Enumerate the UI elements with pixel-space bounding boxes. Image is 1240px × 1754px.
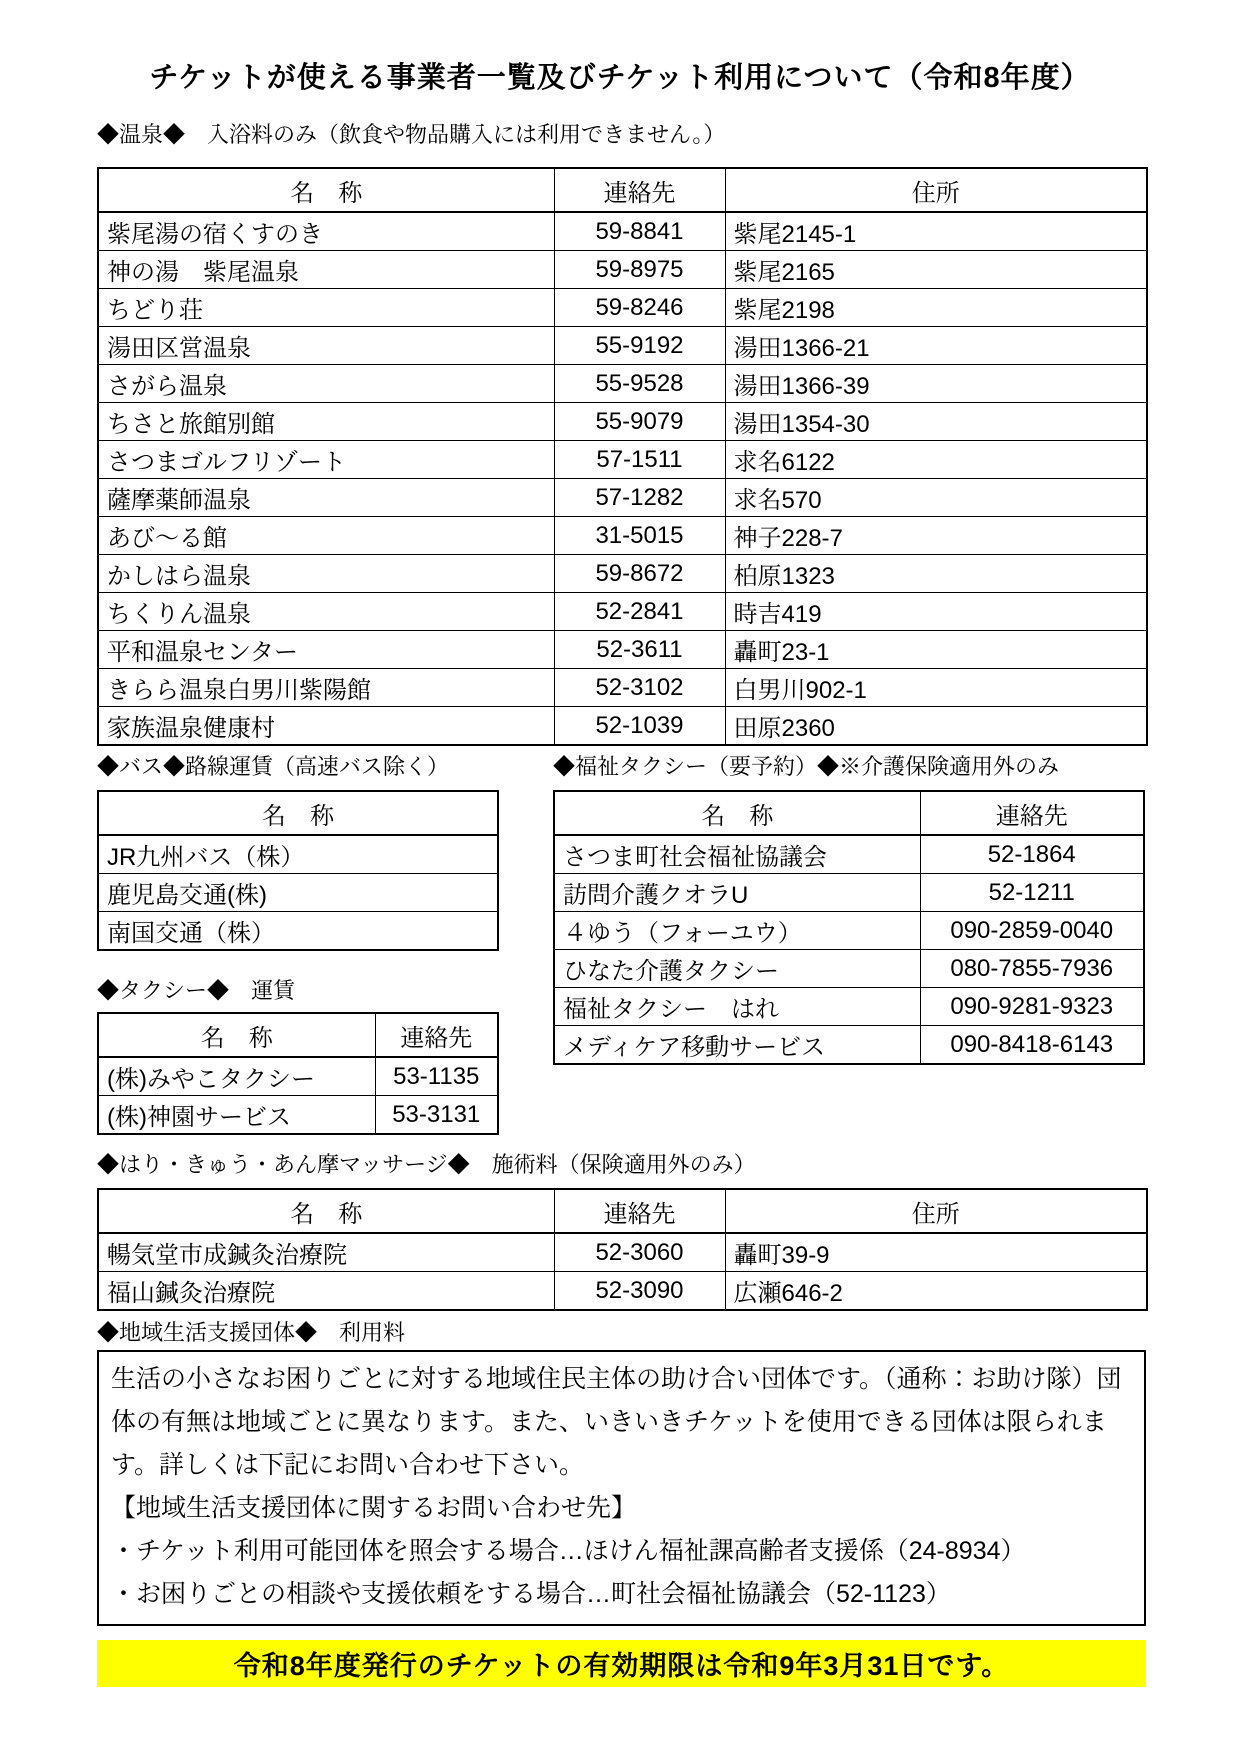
- business-name-cell: 福祉タクシー はれ: [554, 988, 920, 1026]
- address-cell: 湯田1354-30: [725, 403, 1147, 441]
- table-header-row: 名 称: [98, 791, 498, 835]
- contact-cell: 59-8246: [554, 289, 725, 327]
- taxi-table: 名 称 連絡先 (株)みやこタクシー 53-1135 (株)神園サービス 53-…: [97, 1012, 499, 1135]
- table-row: 紫尾湯の宿くすのき 59-8841 紫尾2145-1: [98, 212, 1147, 251]
- section-heading-bus: ◆バス◆路線運賃（高速バス除く）: [97, 750, 449, 781]
- table-row: ４ゆう（フォーユウ） 090-2859-0040: [554, 912, 1144, 950]
- table-row: JR九州バス（株）: [98, 835, 498, 874]
- contact-cell: 53-1135: [375, 1057, 498, 1096]
- business-name-cell: ４ゆう（フォーユウ）: [554, 912, 920, 950]
- business-name-cell: ちさと旅館別館: [98, 403, 554, 441]
- contact-cell: 55-9528: [554, 365, 725, 403]
- section-heading-welfare-taxi: ◆福祉タクシー（要予約）◆※介護保険適用外のみ: [553, 750, 1059, 781]
- table-row: 鹿児島交通(株): [98, 874, 498, 912]
- address-cell: 轟町39-9: [725, 1233, 1147, 1272]
- address-cell: 広瀬646-2: [725, 1272, 1147, 1311]
- contact-cell: 59-8672: [554, 555, 725, 593]
- business-name-cell: さがら温泉: [98, 365, 554, 403]
- table-row: さつま町社会福祉協議会 52-1864: [554, 835, 1144, 874]
- business-name-cell: さつま町社会福祉協議会: [554, 835, 920, 874]
- support-group-info-box: 生活の小さなお困りごとに対する地域住民主体の助け合い団体です。（通称：お助け隊）…: [97, 1350, 1146, 1626]
- contact-cell: 59-8841: [554, 212, 725, 251]
- contact-cell: 57-1282: [554, 479, 725, 517]
- business-name-cell: 湯田区営温泉: [98, 327, 554, 365]
- business-name-cell: メディケア移動サービス: [554, 1026, 920, 1065]
- contact-cell: 52-2841: [554, 593, 725, 631]
- address-cell: 田原2360: [725, 707, 1147, 746]
- business-name-cell: ちどり荘: [98, 289, 554, 327]
- address-cell: 柏原1323: [725, 555, 1147, 593]
- contact-cell: 090-2859-0040: [920, 912, 1144, 950]
- contact-cell: 53-3131: [375, 1096, 498, 1135]
- table-row: 暢気堂市成鍼灸治療院 52-3060 轟町39-9: [98, 1233, 1147, 1272]
- contact-cell: 57-1511: [554, 441, 725, 479]
- business-name-cell: 南国交通（株）: [98, 912, 498, 951]
- address-column-header: 住所: [725, 168, 1147, 212]
- page-title: チケットが使える事業者一覧及びチケット利用について（令和8年度）: [0, 55, 1240, 96]
- business-name-cell: かしはら温泉: [98, 555, 554, 593]
- address-cell: 時吉419: [725, 593, 1147, 631]
- section-heading-support-group: ◆地域生活支援団体◆ 利用料: [97, 1316, 405, 1347]
- address-cell: 轟町23-1: [725, 631, 1147, 669]
- address-cell: 求名6122: [725, 441, 1147, 479]
- table-row: さがら温泉 55-9528 湯田1366-39: [98, 365, 1147, 403]
- address-cell: 湯田1366-21: [725, 327, 1147, 365]
- table-row: 湯田区営温泉 55-9192 湯田1366-21: [98, 327, 1147, 365]
- business-name-cell: きらら温泉白男川紫陽館: [98, 669, 554, 707]
- contact-cell: 31-5015: [554, 517, 725, 555]
- business-name-cell: あび～る館: [98, 517, 554, 555]
- table-row: 福山鍼灸治療院 52-3090 広瀬646-2: [98, 1272, 1147, 1311]
- table-header-row: 名 称 連絡先: [554, 791, 1144, 835]
- table-row: ちどり荘 59-8246 紫尾2198: [98, 289, 1147, 327]
- address-cell: 紫尾2165: [725, 251, 1147, 289]
- contact-column-header: 連絡先: [375, 1013, 498, 1057]
- document-page: チケットが使える事業者一覧及びチケット利用について（令和8年度） ◆温泉◆ 入浴…: [0, 0, 1240, 1754]
- business-name-cell: ひなた介護タクシー: [554, 950, 920, 988]
- business-name-cell: JR九州バス（株）: [98, 835, 498, 874]
- validity-banner-text: 令和8年度発行のチケットの有効期限は令和9年3月31日です。: [234, 1644, 1010, 1683]
- table-row: (株)みやこタクシー 53-1135: [98, 1057, 498, 1096]
- contact-cell: 52-3102: [554, 669, 725, 707]
- table-row: あび～る館 31-5015 神子228-7: [98, 517, 1147, 555]
- contact-cell: 52-3060: [554, 1233, 725, 1272]
- contact-cell: 090-8418-6143: [920, 1026, 1144, 1065]
- business-name-cell: 訪問介護クオラU: [554, 874, 920, 912]
- welfare-taxi-table: 名 称 連絡先 さつま町社会福祉協議会 52-1864 訪問介護クオラU 52-…: [553, 790, 1145, 1065]
- name-column-header: 名 称: [98, 1189, 554, 1233]
- contact-column-header: 連絡先: [554, 168, 725, 212]
- section-heading-onsen: ◆温泉◆ 入浴料のみ（飲食や物品購入には利用できません。）: [97, 118, 725, 149]
- bus-table: 名 称 JR九州バス（株） 鹿児島交通(株) 南国交通（株）: [97, 790, 499, 951]
- table-header-row: 名 称 連絡先 住所: [98, 1189, 1147, 1233]
- address-cell: 紫尾2145-1: [725, 212, 1147, 251]
- address-cell: 紫尾2198: [725, 289, 1147, 327]
- table-row: (株)神園サービス 53-3131: [98, 1096, 498, 1135]
- business-name-cell: 暢気堂市成鍼灸治療院: [98, 1233, 554, 1272]
- business-name-cell: 家族温泉健康村: [98, 707, 554, 746]
- contact-cell: 52-3090: [554, 1272, 725, 1311]
- table-header-row: 名 称 連絡先 住所: [98, 168, 1147, 212]
- contact-cell: 55-9192: [554, 327, 725, 365]
- table-row: さつまゴルフリゾート 57-1511 求名6122: [98, 441, 1147, 479]
- massage-table: 名 称 連絡先 住所 暢気堂市成鍼灸治療院 52-3060 轟町39-9 福山鍼…: [97, 1188, 1148, 1311]
- contact-column-header: 連絡先: [920, 791, 1144, 835]
- table-row: 訪問介護クオラU 52-1211: [554, 874, 1144, 912]
- table-row: ちさと旅館別館 55-9079 湯田1354-30: [98, 403, 1147, 441]
- contact-cell: 52-3611: [554, 631, 725, 669]
- table-header-row: 名 称 連絡先: [98, 1013, 498, 1057]
- table-row: ちくりん温泉 52-2841 時吉419: [98, 593, 1147, 631]
- address-cell: 求名570: [725, 479, 1147, 517]
- support-group-contact-line: ・お困りごとの相談や支援依頼をする場合…町社会福祉協議会（52-1123）: [111, 1573, 1132, 1616]
- address-cell: 白男川902-1: [725, 669, 1147, 707]
- business-name-cell: 紫尾湯の宿くすのき: [98, 212, 554, 251]
- support-group-contact-title: 【地域生活支援団体に関するお問い合わせ先】: [111, 1487, 1132, 1530]
- name-column-header: 名 称: [554, 791, 920, 835]
- contact-cell: 59-8975: [554, 251, 725, 289]
- business-name-cell: (株)みやこタクシー: [98, 1057, 375, 1096]
- support-group-description: 生活の小さなお困りごとに対する地域住民主体の助け合い団体です。（通称：お助け隊）…: [111, 1358, 1132, 1487]
- business-name-cell: さつまゴルフリゾート: [98, 441, 554, 479]
- table-row: 薩摩薬師温泉 57-1282 求名570: [98, 479, 1147, 517]
- name-column-header: 名 称: [98, 1013, 375, 1057]
- onsen-table: 名 称 連絡先 住所 紫尾湯の宿くすのき 59-8841 紫尾2145-1 神の…: [97, 167, 1148, 746]
- contact-cell: 090-9281-9323: [920, 988, 1144, 1026]
- table-row: 神の湯 紫尾温泉 59-8975 紫尾2165: [98, 251, 1147, 289]
- contact-cell: 52-1864: [920, 835, 1144, 874]
- table-row: 家族温泉健康村 52-1039 田原2360: [98, 707, 1147, 746]
- contact-cell: 52-1211: [920, 874, 1144, 912]
- name-column-header: 名 称: [98, 791, 498, 835]
- table-row: 南国交通（株）: [98, 912, 498, 951]
- address-cell: 湯田1366-39: [725, 365, 1147, 403]
- support-group-contact-line: ・チケット利用可能団体を照会する場合…ほけん福祉課高齢者支援係（24-8934）: [111, 1530, 1132, 1573]
- table-row: かしはら温泉 59-8672 柏原1323: [98, 555, 1147, 593]
- contact-column-header: 連絡先: [554, 1189, 725, 1233]
- business-name-cell: 鹿児島交通(株): [98, 874, 498, 912]
- business-name-cell: 福山鍼灸治療院: [98, 1272, 554, 1311]
- validity-banner: 令和8年度発行のチケットの有効期限は令和9年3月31日です。: [97, 1640, 1146, 1687]
- table-row: ひなた介護タクシー 080-7855-7936: [554, 950, 1144, 988]
- business-name-cell: (株)神園サービス: [98, 1096, 375, 1135]
- business-name-cell: 薩摩薬師温泉: [98, 479, 554, 517]
- contact-cell: 080-7855-7936: [920, 950, 1144, 988]
- contact-cell: 55-9079: [554, 403, 725, 441]
- section-heading-massage: ◆はり・きゅう・あん摩マッサージ◆ 施術料（保険適用外のみ）: [97, 1148, 756, 1179]
- name-column-header: 名 称: [98, 168, 554, 212]
- business-name-cell: 平和温泉センター: [98, 631, 554, 669]
- contact-cell: 52-1039: [554, 707, 725, 746]
- address-column-header: 住所: [725, 1189, 1147, 1233]
- address-cell: 神子228-7: [725, 517, 1147, 555]
- table-row: きらら温泉白男川紫陽館 52-3102 白男川902-1: [98, 669, 1147, 707]
- business-name-cell: ちくりん温泉: [98, 593, 554, 631]
- table-row: 平和温泉センター 52-3611 轟町23-1: [98, 631, 1147, 669]
- table-row: 福祉タクシー はれ 090-9281-9323: [554, 988, 1144, 1026]
- business-name-cell: 神の湯 紫尾温泉: [98, 251, 554, 289]
- table-row: メディケア移動サービス 090-8418-6143: [554, 1026, 1144, 1065]
- section-heading-taxi: ◆タクシー◆ 運賃: [97, 974, 295, 1005]
